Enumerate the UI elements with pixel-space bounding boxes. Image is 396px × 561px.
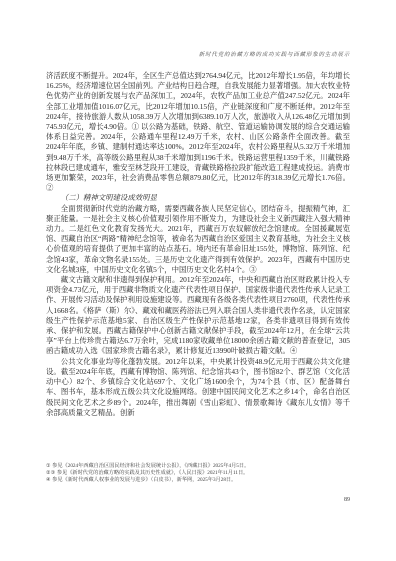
body-text-block: 济活跃度不断提升。2024年，全区生产总值达到2764.94亿元，比2012年增…	[46, 71, 350, 418]
paragraph-heritage: 藏文古籍文献和非遗得到保护利用。2012年至2024年，中央和西藏自治区财政累计…	[46, 275, 350, 357]
footnote-1-text: 参见《2024年西藏自治区国民经济和社会发展统计公报》，《西藏日报》2025年4…	[52, 463, 249, 469]
document-page: 新时代党的治藏方略的成功实践与西藏形象的生动展示 济活跃度不断提升。2024年，…	[0, 0, 396, 561]
page-number: 89	[344, 497, 350, 503]
footnote-2-text: 参见《新时代党的治藏方略的实践及其历史性成就》，《人民日报》2021年11月11…	[57, 470, 249, 476]
footnotes-block: ①参见《2024年西藏自治区国民经济和社会发展统计公报》，《西藏日报》2025年…	[46, 463, 350, 485]
footnote-1: ①参见《2024年西藏自治区国民经济和社会发展统计公报》，《西藏日报》2025年…	[46, 463, 350, 470]
paragraph-spirit: 全面贯彻新时代党的治藏方略，需要西藏各族人民坚定信心，团结奋斗，提振精气神，汇聚…	[46, 204, 350, 275]
paragraph-economy: 济活跃度不断提升。2024年，全区生产总值达到2764.94亿元，比2012年增…	[46, 71, 350, 193]
footnote-2-marker: ②③	[46, 470, 55, 476]
paragraph-culture: 公共文化事业均等化蓬勃发展。2012年以来，中央累计投资48.9亿元用于西藏公共…	[46, 357, 350, 418]
section-heading: （二）精神文明建设成效明显	[46, 193, 350, 203]
running-header: 新时代党的治藏方略的成功实践与西藏形象的生动展示	[46, 50, 350, 58]
footnote-1-marker: ①	[46, 463, 51, 469]
footnote-3-marker: ④	[46, 477, 51, 483]
footnote-3: ④参见《新时代西藏人权事业的发展与进步》（白皮书），新华网，2025年3月28日…	[46, 477, 350, 484]
footnote-3-text: 参见《新时代西藏人权事业的发展与进步》（白皮书），新华网，2025年3月28日。	[52, 477, 236, 483]
